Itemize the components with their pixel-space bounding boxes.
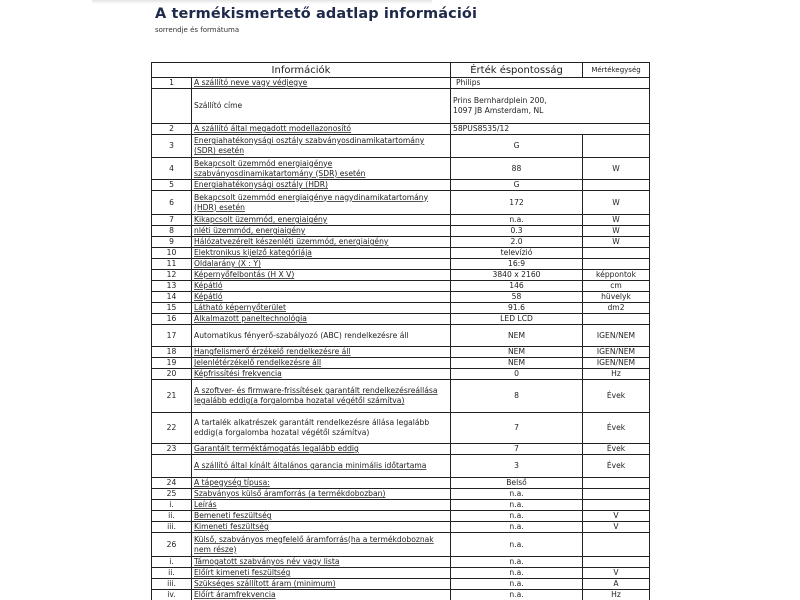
table-row: 9Hálózatvezérelt készenléti üzemmód, ene…: [152, 237, 650, 248]
row-label: Képfrissítési frekvencia: [192, 369, 451, 380]
row-unit: V: [583, 511, 650, 522]
table-row: ii.Bemeneti feszültségn.a.V: [152, 511, 650, 522]
row-number: 13: [152, 281, 192, 292]
table-row: iii.Kimeneti feszültségn.a.V: [152, 522, 650, 533]
row-label: Kimeneti feszültség: [192, 522, 451, 533]
row-unit: [583, 248, 650, 259]
row-unit: A: [583, 579, 650, 590]
row-value: NEM: [451, 358, 583, 369]
row-number: 12: [152, 270, 192, 281]
table-row: 18Hangfelismerő érzékelő rendelkezésre á…: [152, 347, 650, 358]
row-label: Energiahatékonysági osztály (HDR): [192, 180, 451, 191]
row-label: Hálózatvezérelt készenléti üzemmód, ener…: [192, 237, 451, 248]
table-row: A szállító által kínált általános garanc…: [152, 455, 650, 478]
row-number: ii.: [152, 568, 192, 579]
table-row: 22A tartalék alkatrészek garantált rende…: [152, 413, 650, 444]
row-number: 9: [152, 237, 192, 248]
row-number: 2: [152, 124, 192, 135]
row-unit: IGEN/NEM: [583, 325, 650, 347]
row-number: 16: [152, 314, 192, 325]
row-value: n.a.: [451, 215, 583, 226]
row-label: Bekapcsolt üzemmód energiaigénye nagydin…: [192, 191, 451, 215]
row-value: n.a.: [451, 500, 583, 511]
row-value: Belső: [451, 478, 583, 489]
row-value: n.a.: [451, 489, 583, 500]
row-unit: cm: [583, 281, 650, 292]
row-unit: [583, 557, 650, 568]
row-unit: [583, 135, 650, 158]
row-number: i.: [152, 557, 192, 568]
row-number: [152, 455, 192, 478]
row-label: Bemeneti feszültség: [192, 511, 451, 522]
row-value: 146: [451, 281, 583, 292]
table-row: 3Energiahatékonysági osztály szabványosd…: [152, 135, 650, 158]
table-row: 7Kikapcsolt üzemmód, energiaigényn.a.W: [152, 215, 650, 226]
row-number: [152, 89, 192, 124]
header-value: Érték éspontosság: [451, 63, 583, 78]
row-label: Képernyőfelbontás (H X V): [192, 270, 451, 281]
row-label: Alkalmazott paneltechnológia: [192, 314, 451, 325]
table-row: 8nléti üzemmód, energiaigény0.3W: [152, 226, 650, 237]
row-unit: [583, 489, 650, 500]
row-unit: W: [583, 191, 650, 215]
table-row: i.Támogatott szabványos név vagy listan.…: [152, 557, 650, 568]
row-unit: W: [583, 226, 650, 237]
row-unit: Évek: [583, 413, 650, 444]
row-unit: IGEN/NEM: [583, 358, 650, 369]
row-label: A tápegység típusa:: [192, 478, 451, 489]
row-value: G: [451, 180, 583, 191]
row-value: n.a.: [451, 533, 583, 557]
row-number: 15: [152, 303, 192, 314]
row-value: televízió: [451, 248, 583, 259]
table-header-row: Információk Érték éspontosság Mértékegys…: [152, 63, 650, 78]
row-value: n.a.: [451, 557, 583, 568]
row-label: Oldalarány (X : Y): [192, 259, 451, 270]
row-value: Philips: [451, 78, 650, 89]
row-value: 0.3: [451, 226, 583, 237]
row-value: n.a.: [451, 511, 583, 522]
table-row: iv.Előírt áramfrekvencian.a.Hz: [152, 590, 650, 600]
row-label: Jelenlétérzékelő rendelkezésre áll: [192, 358, 451, 369]
row-number: 6: [152, 191, 192, 215]
row-number: i.: [152, 500, 192, 511]
row-unit: Évek: [583, 444, 650, 455]
table-row: 15Látható képernyőterület91.6dm2: [152, 303, 650, 314]
table-row: iii.Szükséges szállított áram (minimum)n…: [152, 579, 650, 590]
row-label: Hangfelismerő érzékelő rendelkezésre áll: [192, 347, 451, 358]
row-label: Szükséges szállított áram (minimum): [192, 579, 451, 590]
row-number: 4: [152, 158, 192, 180]
table-row: 21A szoftver- és firmware-frissítések ga…: [152, 380, 650, 413]
table-row: 19Jelenlétérzékelő rendelkezésre állNEMI…: [152, 358, 650, 369]
row-label: Garantált terméktámogatás legalább eddig: [192, 444, 451, 455]
row-number: 19: [152, 358, 192, 369]
row-value: NEM: [451, 325, 583, 347]
table-row: 2A szállító által megadott modellazonosí…: [152, 124, 650, 135]
row-label: A tartalék alkatrészek garantált rendelk…: [192, 413, 451, 444]
row-number: 7: [152, 215, 192, 226]
row-label: Képátló: [192, 281, 451, 292]
row-number: 11: [152, 259, 192, 270]
row-value: 88: [451, 158, 583, 180]
row-value: 2.0: [451, 237, 583, 248]
row-value: 3: [451, 455, 583, 478]
table-row: 10Elektronikus kijelző kategóriájateleví…: [152, 248, 650, 259]
row-value: 8: [451, 380, 583, 413]
row-label: Kikapcsolt üzemmód, energiaigény: [192, 215, 451, 226]
row-value: 172: [451, 191, 583, 215]
row-label: Szállító címe: [192, 89, 451, 124]
row-unit: Hz: [583, 369, 650, 380]
row-number: 24: [152, 478, 192, 489]
address-line: Prins Bernhardplein 200,: [453, 96, 647, 106]
row-label: Támogatott szabványos név vagy lista: [192, 557, 451, 568]
row-number: 20: [152, 369, 192, 380]
page-edge-shadow: [92, 0, 432, 4]
row-number: 10: [152, 248, 192, 259]
page-title: A termékismertető adatlap információi: [155, 6, 477, 22]
table-row: 6Bekapcsolt üzemmód energiaigénye nagydi…: [152, 191, 650, 215]
row-number: iii.: [152, 579, 192, 590]
row-label: Energiahatékonysági osztály szabványosdi…: [192, 135, 451, 158]
table-row: 14Képátló58hüvelyk: [152, 292, 650, 303]
row-label: Külső, szabványos megfelelő áramforrás(h…: [192, 533, 451, 557]
row-value: 16:9: [451, 259, 583, 270]
row-value: Prins Bernhardplein 200,1097 JB Amsterda…: [451, 89, 650, 124]
row-label: Elektronikus kijelző kategóriája: [192, 248, 451, 259]
address-line: 1097 JB Amsterdam, NL: [453, 106, 647, 116]
row-unit: [583, 314, 650, 325]
row-value: NEM: [451, 347, 583, 358]
row-unit: [583, 478, 650, 489]
table-row: 4Bekapcsolt üzemmód energiaigénye szabvá…: [152, 158, 650, 180]
row-label: Előírt kimeneti feszültség: [192, 568, 451, 579]
table-row: Szállító címePrins Bernhardplein 200,109…: [152, 89, 650, 124]
row-unit: [583, 500, 650, 511]
table-row: 13Képátló146cm: [152, 281, 650, 292]
row-unit: V: [583, 522, 650, 533]
row-unit: W: [583, 158, 650, 180]
row-number: 23: [152, 444, 192, 455]
row-number: 21: [152, 380, 192, 413]
table-row: 26Külső, szabványos megfelelő áramforrás…: [152, 533, 650, 557]
row-value: n.a.: [451, 568, 583, 579]
row-number: 1: [152, 78, 192, 89]
product-info-table: Információk Érték éspontosság Mértékegys…: [151, 62, 650, 600]
row-value: 58: [451, 292, 583, 303]
row-label: nléti üzemmód, energiaigény: [192, 226, 451, 237]
row-label: A szállító által kínált általános garanc…: [192, 455, 451, 478]
row-label: A szállító által megadott modellazonosít…: [192, 124, 451, 135]
row-number: 26: [152, 533, 192, 557]
row-label: Előírt áramfrekvencia: [192, 590, 451, 600]
row-unit: Évek: [583, 455, 650, 478]
row-unit: hüvelyk: [583, 292, 650, 303]
row-number: 14: [152, 292, 192, 303]
row-value: 58PUS8535/12: [451, 124, 650, 135]
row-value: 3840 x 2160: [451, 270, 583, 281]
table-row: 1A szállító neve vagy védjegyePhilips: [152, 78, 650, 89]
row-value: LED LCD: [451, 314, 583, 325]
table-row: 11Oldalarány (X : Y)16:9: [152, 259, 650, 270]
row-value: 7: [451, 413, 583, 444]
row-value: n.a.: [451, 590, 583, 600]
table-row: 16Alkalmazott paneltechnológiaLED LCD: [152, 314, 650, 325]
row-number: 17: [152, 325, 192, 347]
row-label: A szoftver- és firmware-frissítések gara…: [192, 380, 451, 413]
row-unit: V: [583, 568, 650, 579]
page-subtitle: sorrendje és formátuma: [155, 26, 239, 34]
row-number: 22: [152, 413, 192, 444]
table-row: 5Energiahatékonysági osztály (HDR)G: [152, 180, 650, 191]
row-unit: [583, 180, 650, 191]
row-value: 7: [451, 444, 583, 455]
row-label: Szabványos külső áramforrás (a termékdob…: [192, 489, 451, 500]
row-number: iii.: [152, 522, 192, 533]
row-label: A szállító neve vagy védjegye: [192, 78, 451, 89]
table-row: 25Szabványos külső áramforrás (a termékd…: [152, 489, 650, 500]
row-unit: W: [583, 237, 650, 248]
row-value: G: [451, 135, 583, 158]
header-unit: Mértékegység: [583, 63, 650, 78]
row-label: Képátló: [192, 292, 451, 303]
row-label: Bekapcsolt üzemmód energiaigénye szabván…: [192, 158, 451, 180]
row-unit: W: [583, 215, 650, 226]
row-unit: dm2: [583, 303, 650, 314]
table-row: ii.Előírt kimeneti feszültségn.a.V: [152, 568, 650, 579]
row-number: 3: [152, 135, 192, 158]
table-row: 23Garantált terméktámogatás legalább edd…: [152, 444, 650, 455]
row-label: Automatikus fényerő-szabályozó (ABC) ren…: [192, 325, 451, 347]
row-value: n.a.: [451, 522, 583, 533]
table-row: 24A tápegység típusa:Belső: [152, 478, 650, 489]
row-value: 91.6: [451, 303, 583, 314]
row-label: Leírás: [192, 500, 451, 511]
row-number: ii.: [152, 511, 192, 522]
row-number: iv.: [152, 590, 192, 600]
row-unit: [583, 259, 650, 270]
row-number: 25: [152, 489, 192, 500]
row-number: 8: [152, 226, 192, 237]
row-unit: Hz: [583, 590, 650, 600]
row-unit: képpontok: [583, 270, 650, 281]
table-row: 20Képfrissítési frekvencia0Hz: [152, 369, 650, 380]
row-unit: IGEN/NEM: [583, 347, 650, 358]
table-row: 17Automatikus fényerő-szabályozó (ABC) r…: [152, 325, 650, 347]
row-number: 18: [152, 347, 192, 358]
row-label: Látható képernyőterület: [192, 303, 451, 314]
row-unit: Évek: [583, 380, 650, 413]
row-unit: [583, 533, 650, 557]
row-number: 5: [152, 180, 192, 191]
table-row: 12Képernyőfelbontás (H X V)3840 x 2160ké…: [152, 270, 650, 281]
row-value: n.a.: [451, 579, 583, 590]
header-info: Információk: [152, 63, 451, 78]
table-row: i.Leírásn.a.: [152, 500, 650, 511]
row-value: 0: [451, 369, 583, 380]
